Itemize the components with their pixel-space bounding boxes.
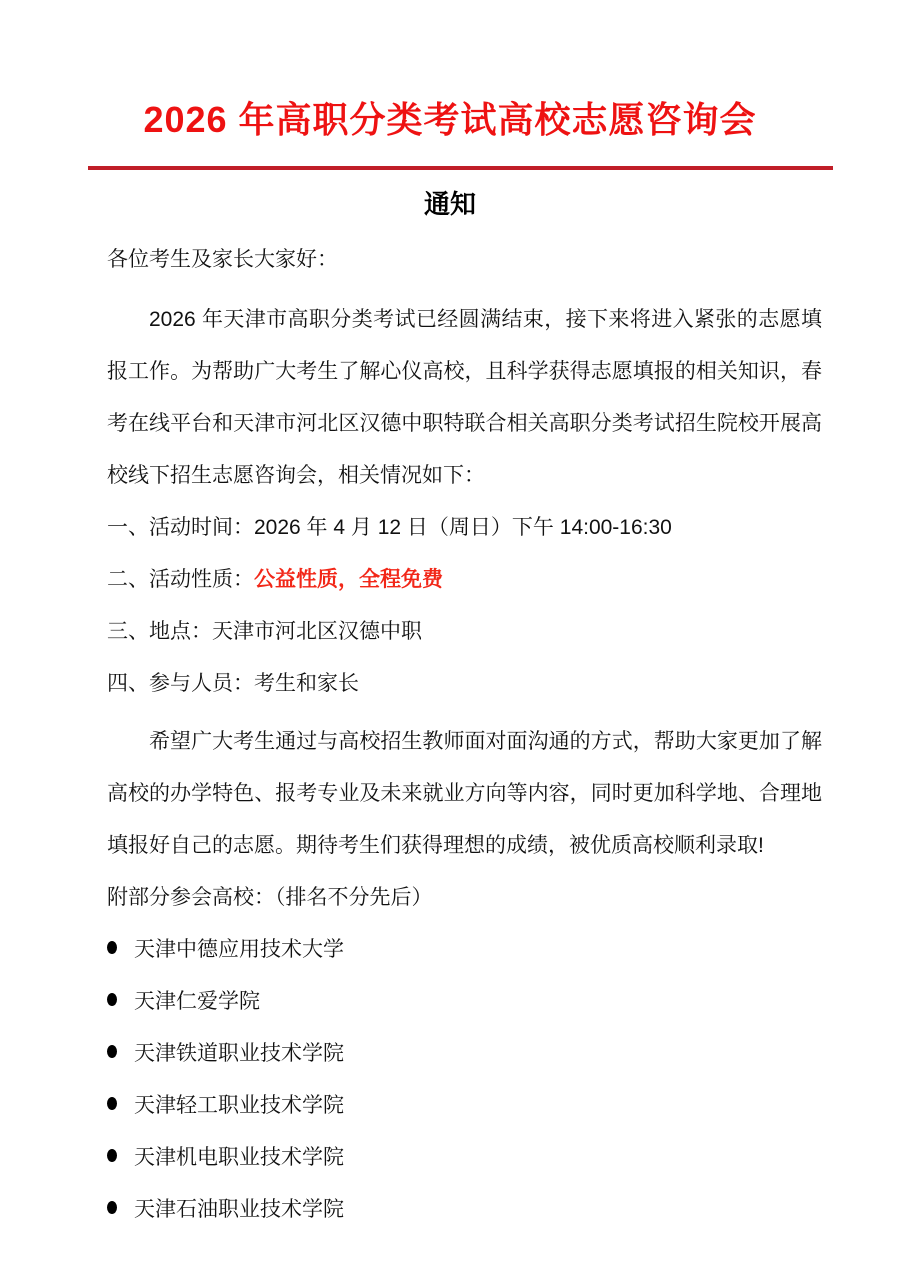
bullet-icon (107, 1201, 117, 1214)
info-item-label: 二、活动性质： (107, 568, 254, 591)
bullet-icon (107, 993, 117, 1006)
info-item-label: 一、活动时间： (107, 516, 254, 539)
college-name: 天津中德应用技术大学 (134, 938, 344, 961)
info-item-value: 2026 年 4 月 12 日（周日）下午 14:00-16:30 (254, 516, 672, 539)
college-name: 天津石油职业技术学院 (134, 1198, 344, 1221)
info-item-value-highlighted: 公益性质，全程免费 (254, 568, 443, 591)
info-item-participants: 四、参与人员：考生和家长 (107, 658, 822, 710)
list-item: 天津中德应用技术大学 (107, 924, 822, 976)
college-name: 天津轻工职业技术学院 (134, 1094, 344, 1117)
college-name: 天津铁道职业技术学院 (134, 1042, 344, 1065)
info-item-time: 一、活动时间：2026 年 4 月 12 日（周日）下午 14:00-16:30 (107, 502, 822, 554)
college-name: 天津机电职业技术学院 (134, 1146, 344, 1169)
bullet-icon (107, 1149, 117, 1162)
info-item-value: 考生和家长 (254, 672, 359, 695)
info-item-label: 四、参与人员： (107, 672, 254, 695)
document-title: 2026 年高职分类考试高校志愿咨询会 (60, 90, 840, 150)
bullet-icon (107, 1097, 117, 1110)
list-item: 天津机电职业技术学院 (107, 1132, 822, 1184)
bullet-icon (107, 941, 117, 954)
info-item-value: 天津市河北区汉德中职 (212, 620, 422, 643)
intro-paragraph: 2026 年天津市高职分类考试已经圆满结束，接下来将进入紧张的志愿填报工作。为帮… (107, 294, 822, 502)
list-item: 天津石油职业技术学院 (107, 1184, 822, 1236)
college-name: 天津仁爱学院 (134, 990, 260, 1013)
notice-body: 各位考生及家长大家好： 2026 年天津市高职分类考试已经圆满结束，接下来将进入… (107, 234, 822, 1236)
document-page: 2026 年高职分类考试高校志愿咨询会 通知 各位考生及家长大家好： 2026 … (0, 0, 900, 1280)
info-item-label: 三、地点： (107, 620, 212, 643)
list-item: 天津仁爱学院 (107, 976, 822, 1028)
title-divider (88, 166, 833, 170)
info-item-nature: 二、活动性质：公益性质，全程免费 (107, 554, 822, 606)
list-item: 天津轻工职业技术学院 (107, 1080, 822, 1132)
list-item: 天津铁道职业技术学院 (107, 1028, 822, 1080)
closing-paragraph: 希望广大考生通过与高校招生教师面对面沟通的方式，帮助大家更加了解高校的办学特色、… (107, 716, 822, 872)
colleges-heading: 附部分参会高校：（排名不分先后） (107, 872, 822, 924)
colleges-list: 天津中德应用技术大学 天津仁爱学院 天津铁道职业技术学院 天津轻工职业技术学院 … (107, 924, 822, 1236)
info-item-location: 三、地点：天津市河北区汉德中职 (107, 606, 822, 658)
notice-heading: 通知 (0, 184, 900, 224)
bullet-icon (107, 1045, 117, 1058)
greeting-line: 各位考生及家长大家好： (107, 234, 822, 286)
